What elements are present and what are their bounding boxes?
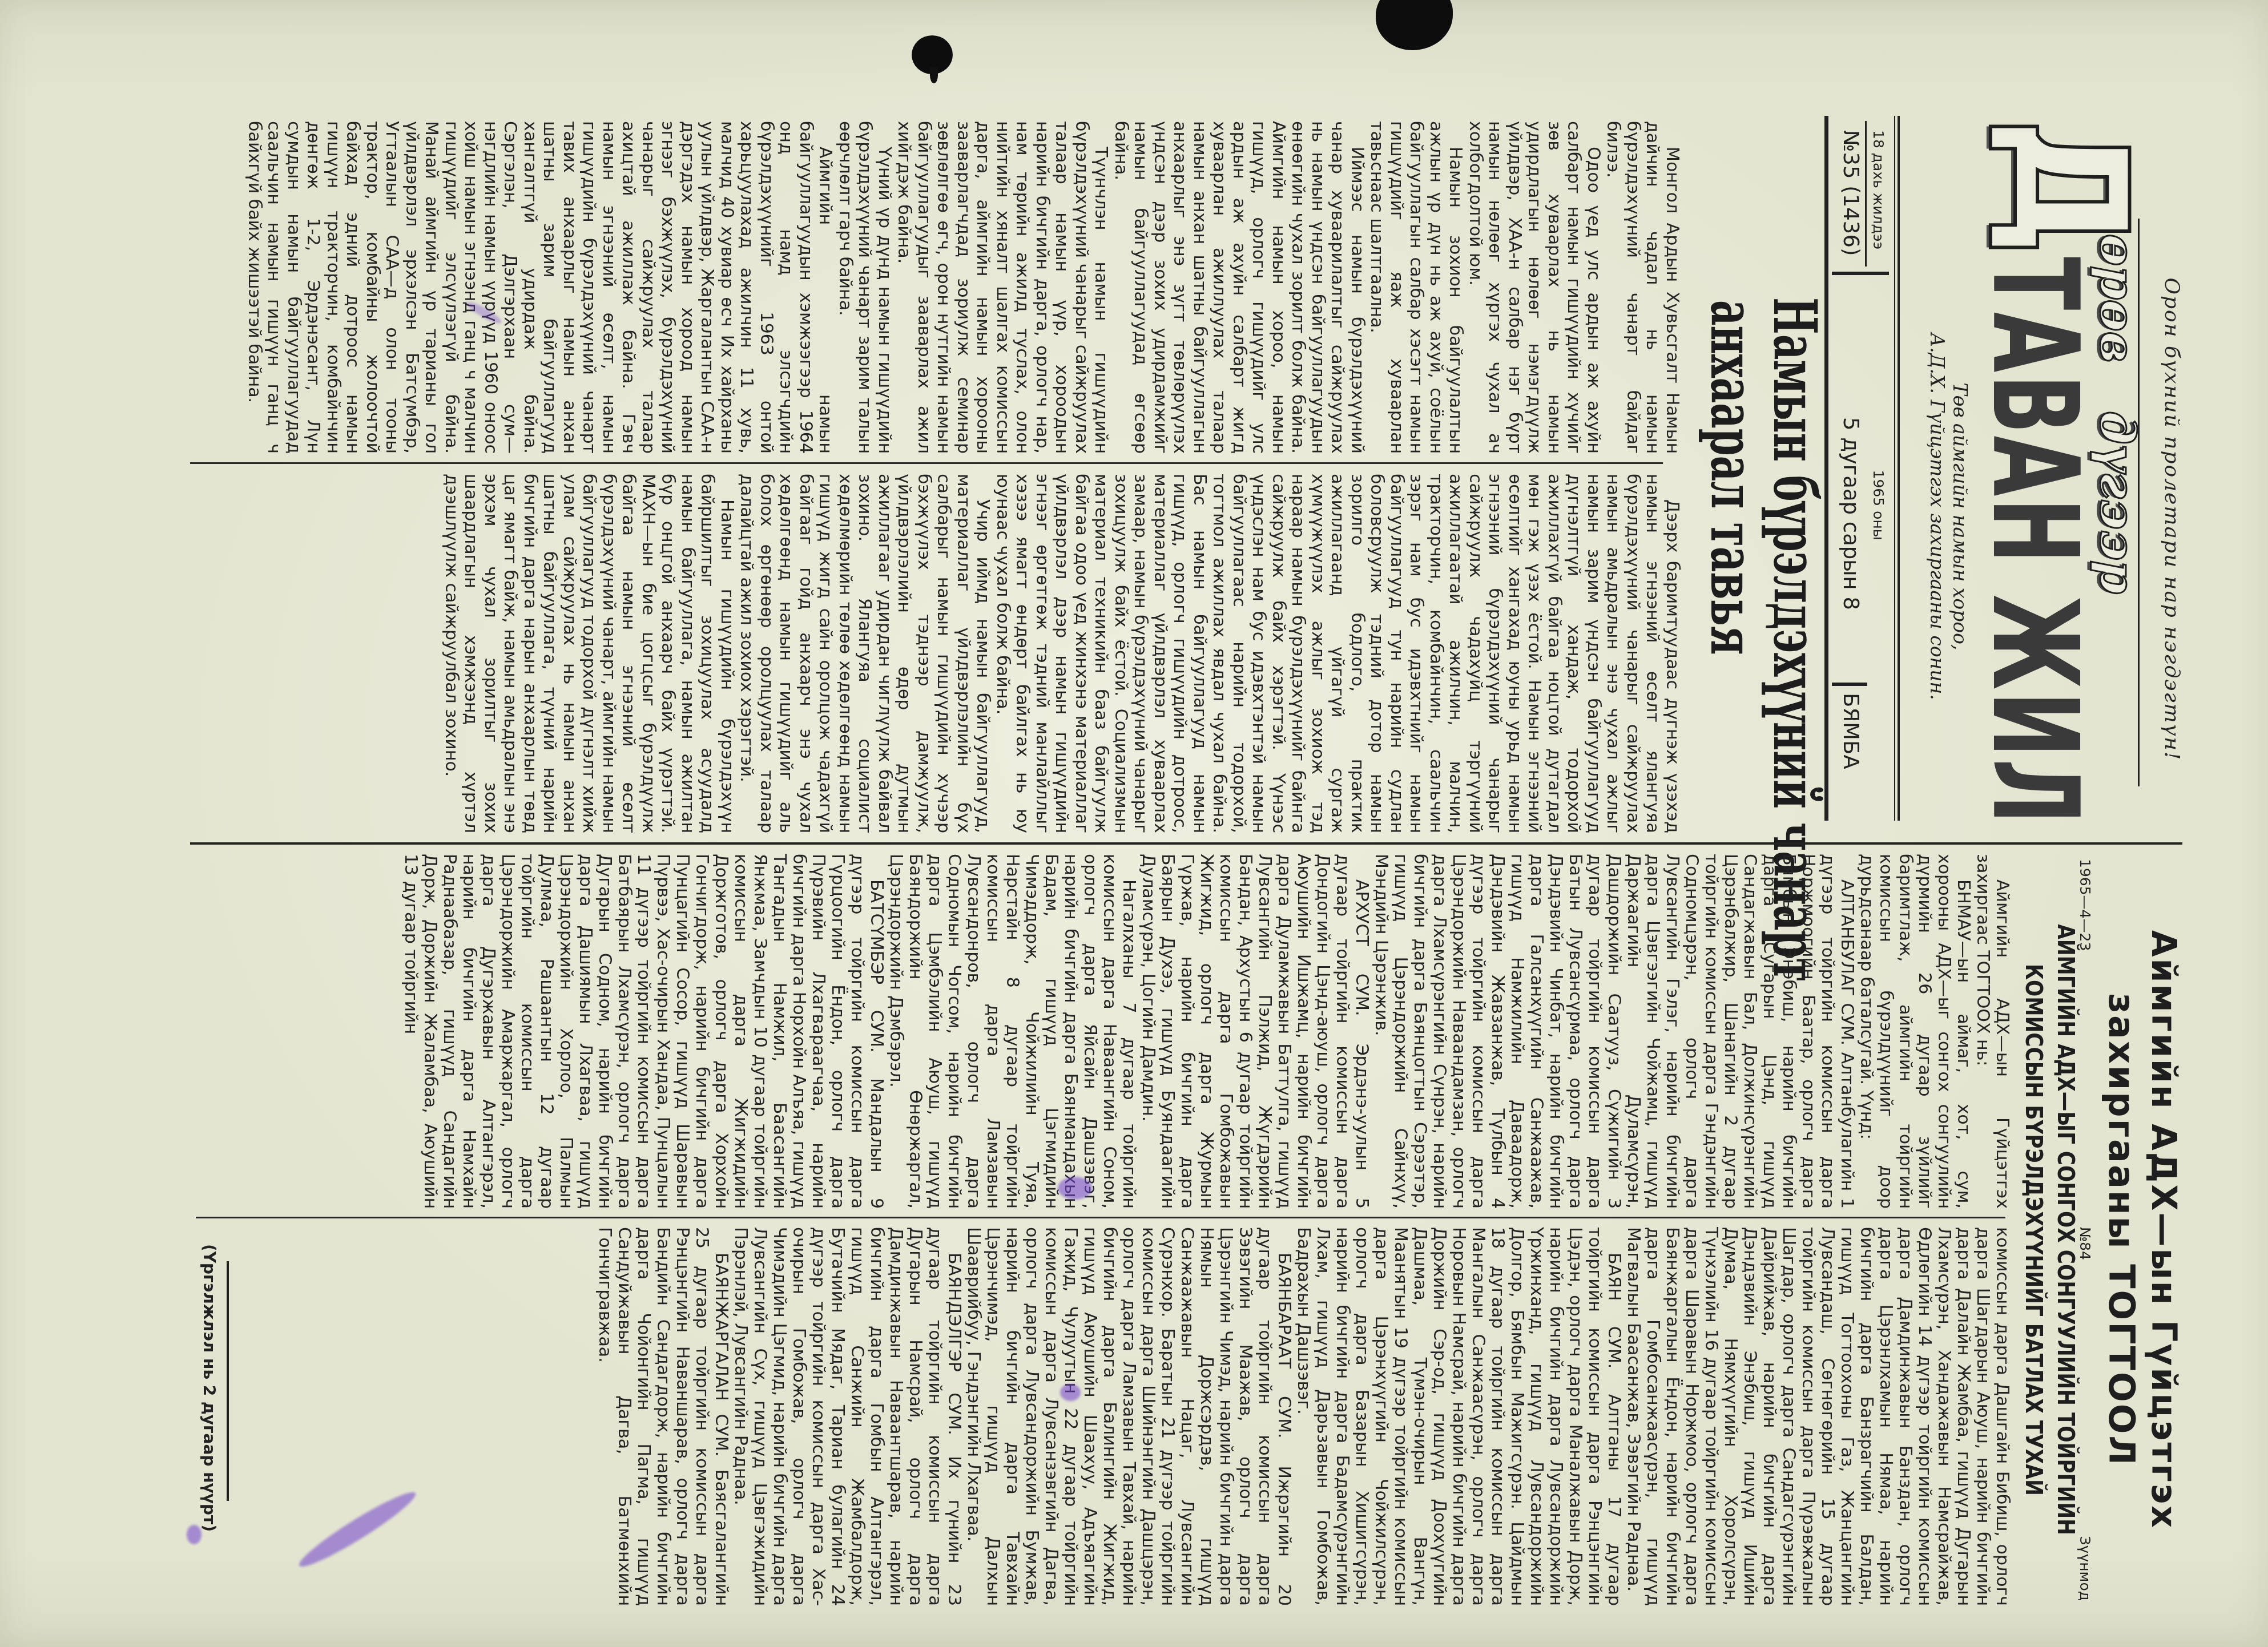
paragraph: АРХУСТ СУМ. Эрдэнэ-уулын 5 дугаар тойрги…	[1138, 854, 1371, 1209]
slogan: Орон бүхний пролетари нар нэгдэгтүн!	[2160, 217, 2184, 822]
paragraph: Нагалханы 7 дугаар тойргийн комиссын дар…	[886, 854, 1138, 1209]
paragraph: Аймгийн намын байгууллагуудын хэмжээгээр…	[244, 121, 835, 454]
resolution-subtitle-text-1: АЙМГИЙН АДХ—ЫГ СОНГОХ СОНГУУЛИЙН ТОЙРГИЙ…	[2054, 925, 2077, 1536]
paragraph: БАТСҮМБЭР СУМ. Мандалын 9 дүгээр тойргий…	[401, 854, 886, 1209]
resolution-place: Зүүнмод	[2077, 1536, 2093, 1601]
column-divider	[196, 1217, 2005, 1218]
resolution-subtitle-line-2: КОМИССЫН БҮРЭЛДЭХҮҮНИЙГ БАТЛАХ ТУХАЙ	[2022, 853, 2045, 1606]
paragraph: АЛТАНБУЛАГ СУМ. Алтанбулагийн 1 дүгээр т…	[1371, 854, 1856, 1209]
masthead-double-rule-bottom	[1894, 116, 1895, 821]
punch-hole-smear	[930, 67, 938, 83]
paragraph: БАЯНЖАРГАЛАН СУМ. Баясгалангийн 25 дугаа…	[595, 1227, 731, 1606]
volume-underline	[1865, 121, 1867, 267]
resolution-date: 1965—4—23	[2077, 859, 2093, 951]
ink-stain	[187, 1525, 202, 1544]
masthead-double-rule-top	[1898, 116, 1900, 821]
volume-year: 18 дахь жилдээ	[1870, 130, 1887, 249]
paragraph: Дээрх баримтуудаас дүгнэж үзэхэд намын э…	[993, 474, 1682, 833]
column-divider	[190, 462, 1663, 464]
resolution-column-1: Аймгийн АДХ—ын Гүйцэтгэх захиргаас ТОГТО…	[196, 854, 2012, 1209]
resolution-title-line-1: Аймгийн АДХ—ын Гүйцэтгэх	[2146, 853, 2181, 1606]
continuation-rule	[227, 1261, 229, 1501]
publisher-line-1: Төв аймгийн намын хороо,	[1948, 231, 1971, 802]
resolution-number: №84	[2077, 1227, 2093, 1260]
lead-headline-text-2: анхаарал тавья	[1702, 300, 1762, 655]
paragraph: БНМАУ—ын аймаг, хот, сум, хорооны АДХ—ыг…	[1856, 854, 1973, 1209]
paragraph: БАЯНБАРААТ СУМ. Ижрэгийн 20 дугаар тойрг…	[964, 1227, 1294, 1606]
paragraph: Аймгийн АДХ—ын Гүйцэтгэх захиргаас ТОГТО…	[1973, 854, 2012, 1209]
newspaper-front-page: Орон бүхний пролетари нар нэгдэгтүн! Д ө…	[0, 0, 2268, 1647]
paragraph: Үүний үр дүнд намын гишүүдийн бүрэлдэхүү…	[835, 121, 895, 454]
publisher-line: Төв аймгийн намын хороо, А.Д.Х. Гүйцэтгэ…	[1925, 231, 1971, 802]
resolution-meta: 1965—4—23 №84 Зүүнмод	[2077, 859, 2093, 1601]
lead-article-column-2: Дээрх баримтуудаас дүгнэж үзэхэд намын э…	[186, 474, 1682, 833]
lead-headline-line-1: Намын бүрэлдэхүүний чанарт	[1765, 121, 1824, 834]
date-separator	[1832, 272, 1889, 275]
ink-stain	[1058, 1177, 1092, 1200]
punch-hole-edge	[1376, 0, 1453, 50]
issue-number: №35 (1436)	[1839, 130, 1863, 256]
publisher-line-2: А.Д.Х. Гүйцэтгэх захиргааны сонин.	[1925, 231, 1948, 802]
paragraph: Түүнчлэн намын гишүүдийн бүрэлдэхүүний ч…	[894, 121, 1111, 454]
issue-weekday: БЯМБА	[1839, 693, 1863, 769]
paragraph: Намын зохион байгуулалтын ажлын үр дүн н…	[1367, 121, 1465, 454]
weekday-separator	[1832, 683, 1867, 686]
lead-headline-line-2: анхаарал тавья	[1702, 121, 1762, 834]
lead-article-column-1: Монгол Ардын Хувьсгалт Намын дайчин чада…	[186, 121, 1682, 454]
issue-year: 1965 оны	[1870, 399, 1887, 611]
ink-stain	[1060, 1384, 1081, 1401]
resolution-column-2: комиссын дарга Дашгайн Бибиш, орлогч дар…	[236, 1227, 2012, 1606]
resolution-subtitle-text-2: КОМИССЫН БҮРЭЛДЭХҮҮНИЙГ БАТЛАХ ТУХАЙ	[2022, 964, 2045, 1496]
paragraph: Учир иймд намын байгууллагууд, материалл…	[736, 474, 993, 833]
masthead-title: ТАВАН ЖИЛ	[1976, 257, 2093, 826]
continuation-note: (Үргэлжлэл нь 2 дугаар нүүрт)	[200, 1244, 219, 1532]
section-divider	[190, 842, 2182, 845]
resolution-subtitle-line-1: АЙМГИЙН АДХ—ЫГ СОНГОХ СОНГУУЛИЙН ТОЙРГИЙ…	[2054, 853, 2077, 1606]
resolution-title-line-2: захиргааны ТОГТООЛ	[2104, 853, 2139, 1606]
paragraph: Иймээс намын бүрэлдэхүүний чанар хуваари…	[1111, 121, 1367, 454]
paragraph: БАЯНДЭЛГЭР СУМ. Их гүнийн 23 дугаар тойр…	[731, 1227, 964, 1606]
paragraph: Одоо үед улс ардын аж ахуйн салбарт намы…	[1465, 121, 1604, 454]
paragraph: комиссын дарга Дашгайн Бибиш, орлогч дар…	[1624, 1227, 2012, 1606]
issue-date: 5 дугаар сарын 8	[1839, 365, 1863, 662]
paragraph: Монгол Ардын Хувьсгалт Намын дайчин чада…	[1603, 121, 1682, 454]
paragraph: Намын гишүүдийн бүрэлдэхүүн байршилтыг з…	[441, 474, 737, 833]
paragraph: БАЯН СУМ. Алтганы 17 дугаар тойргийн ком…	[1294, 1227, 1624, 1606]
